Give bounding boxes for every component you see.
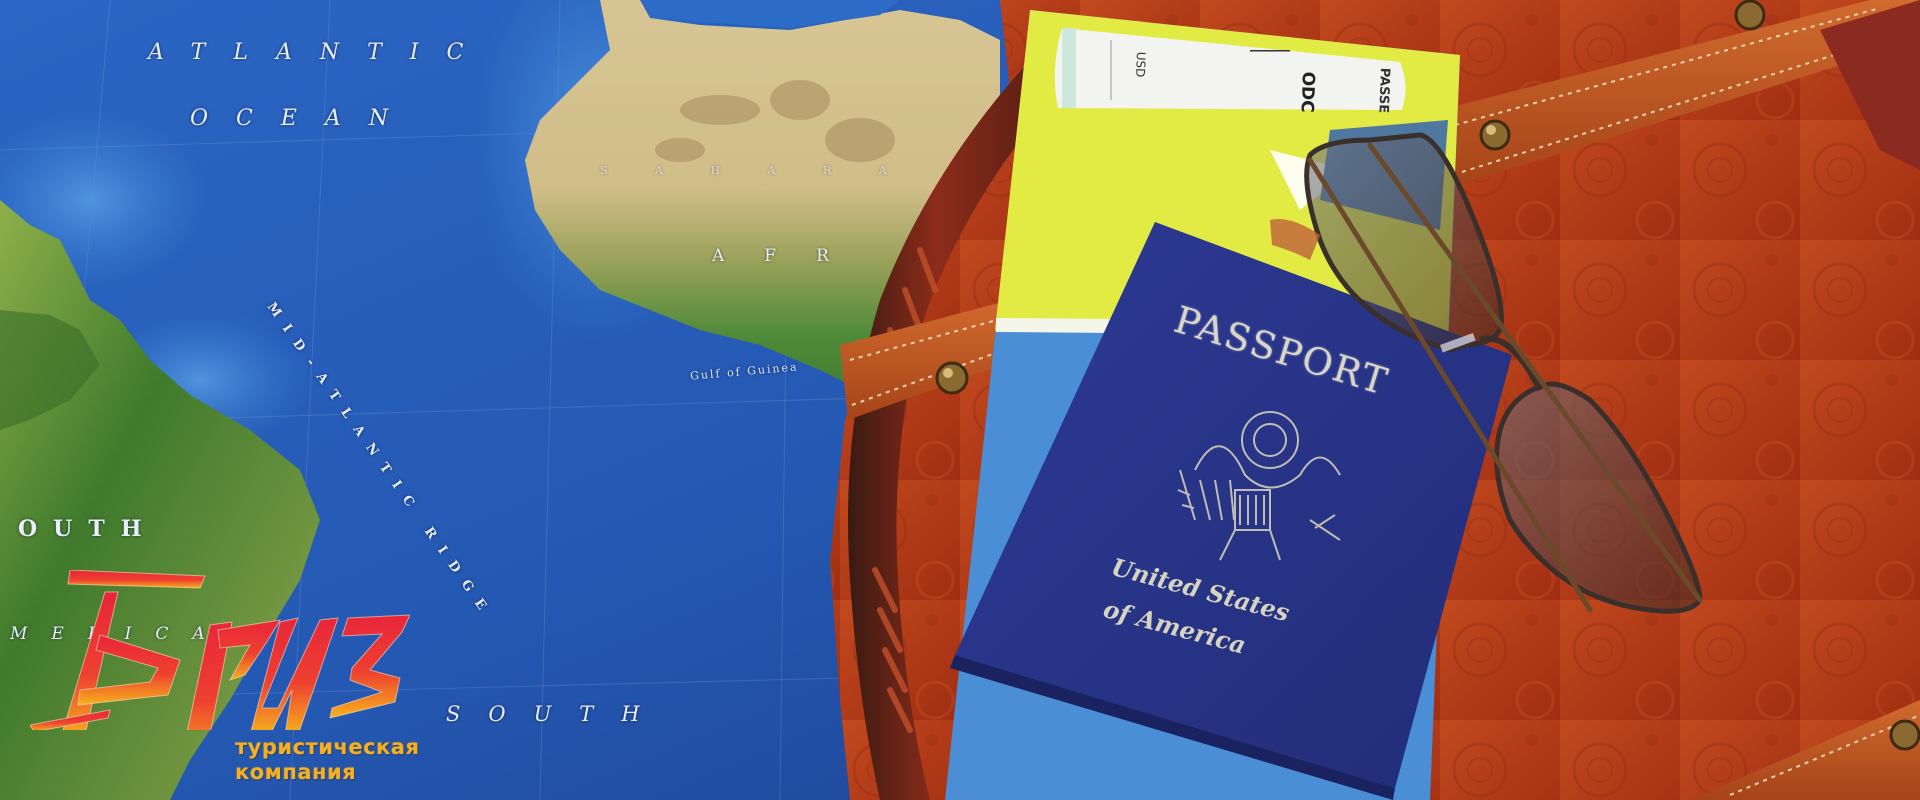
map-label-south-ocean: SOUTH [446, 702, 668, 726]
map-label-south-america-top: OUTH [18, 516, 158, 542]
map-label-sahara: S A H A R A [600, 164, 909, 177]
logo-tagline-line1: туристическая [235, 735, 419, 759]
company-logo[interactable]: Бриз [30, 570, 410, 790]
map-label-ocean: OCEAN [190, 106, 416, 131]
ticket-code: ODC [1297, 71, 1318, 113]
logo-tagline-line2: компания [235, 760, 356, 784]
map-label-africa: AFR [712, 246, 869, 266]
ticket-passenger-label: PASSE [1375, 67, 1392, 113]
hero-banner: ATLANTIC OCEAN MID-ATLANTIC RIDGE AFR S … [0, 0, 1920, 800]
map-label-atlantic: ATLANTIC [148, 40, 491, 65]
ticket-currency: USD [1133, 52, 1148, 78]
logo-wordmark-briz: Бриз [30, 570, 410, 730]
